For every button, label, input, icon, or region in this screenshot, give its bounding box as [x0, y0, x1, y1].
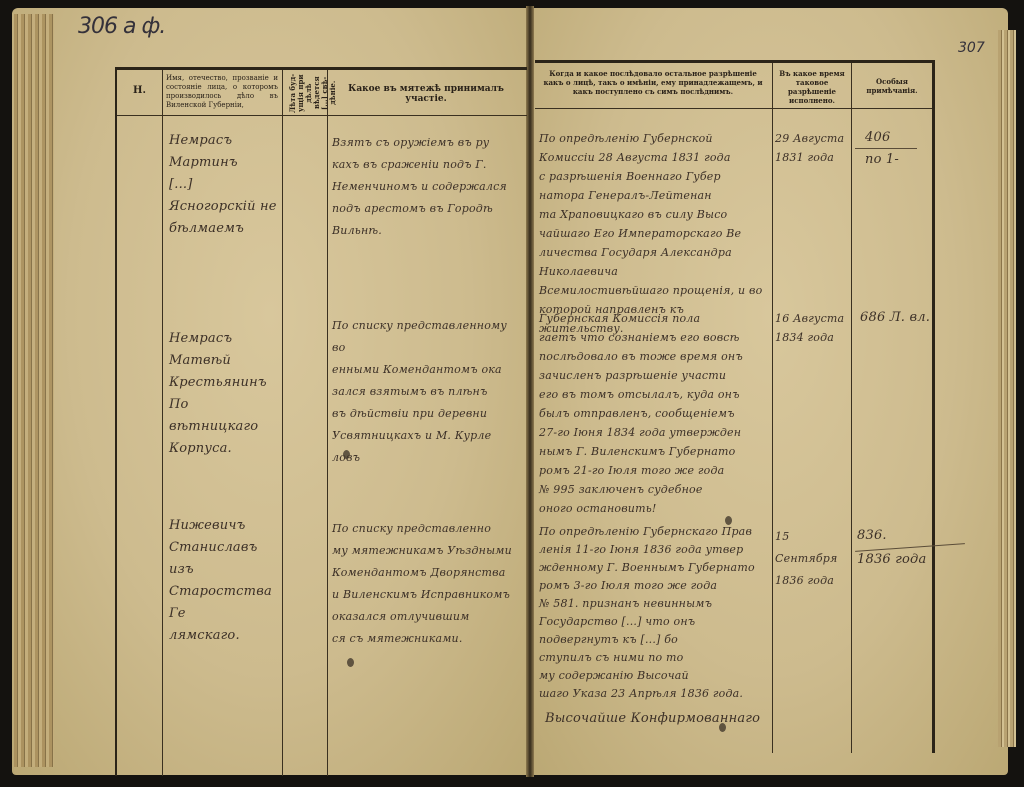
left-page-edges: [14, 14, 54, 767]
right-folio-number: 307: [958, 40, 985, 56]
left-folio-number: 306 a ф.: [78, 14, 165, 39]
entry-1-notes: 406 по 1-: [865, 127, 925, 171]
right-page-edges: [998, 30, 1016, 747]
header-number: Н.: [117, 86, 162, 96]
entry-2-executed: 16 Августа 1834 года: [775, 309, 849, 347]
open-ledger-book: 306 a ф. 307 Н. Имя, отечество, прозвані…: [0, 0, 1024, 787]
left-table: Н. Имя, отечество, прозваніе и состояніе…: [115, 67, 527, 776]
entry-1-resolution: По опредѣленію Губернской Комиссіи 28 Ав…: [539, 129, 771, 338]
entry-1-name: Немрасъ Мартинъ [...] Ясногорскій не бѣл…: [169, 130, 279, 240]
column-divider: [327, 70, 328, 776]
entry-3-executed: 15 Сентября 1836 года: [775, 526, 849, 592]
header-vertical: Лѣта буд­ущія при дѣлѣ вѣдется [...] свѣ…: [289, 73, 323, 113]
right-table: Когда и какое послѣдовало остальное разр…: [535, 60, 935, 753]
column-divider: [772, 63, 773, 753]
entry-1-participation: Взятъ съ оружіемъ въ ру­ кахъ въ сражені…: [332, 132, 522, 242]
notes-fraction-line: [855, 148, 917, 149]
entry-1-executed: 29 Августа 1831 года: [775, 129, 849, 167]
header-notes: Особыя примѣчанія.: [854, 77, 930, 95]
entry-3-resolution: По опредѣленію Губернскаго Прав­ ленія 1…: [539, 523, 771, 703]
ink-blot: [719, 723, 726, 732]
entry-3-participation: По списку представленно­ му мятежникамъ …: [332, 518, 522, 650]
header-resolution: Когда и какое послѣдовало остальное разр…: [538, 69, 768, 96]
book-gutter: [526, 6, 534, 777]
ink-blot: [343, 450, 350, 459]
entry-3-signature: Высочайше Конфирмованнаго: [545, 708, 765, 730]
column-divider: [282, 70, 283, 776]
header-name: Имя, отечество, прозваніе и состояніе ли…: [166, 74, 278, 110]
entry-2-resolution: Губернская Комиссія пола­ гаетъ что созн…: [539, 309, 771, 518]
ink-blot: [347, 658, 354, 667]
entry-2-participation: По списку представленному во­ енными Ком…: [332, 315, 522, 469]
header-divider: [535, 108, 932, 109]
entry-2-notes: 686 Л. вл.: [860, 307, 970, 329]
header-divider: [117, 115, 527, 116]
entry-2-name: Немрасъ Матвѣй Крестьянинъ По­ вѣтницкаг…: [169, 328, 279, 460]
column-divider: [162, 70, 163, 776]
header-participation: Какое въ мятежѣ принималъ участіе.: [331, 84, 521, 104]
column-divider: [851, 63, 852, 753]
header-executed: Въ какое время таковое разрѣшеніе исполн…: [775, 69, 849, 105]
entry-3-name: Нижевичъ Станиславъ изъ Старостства Ге­ …: [169, 515, 279, 647]
